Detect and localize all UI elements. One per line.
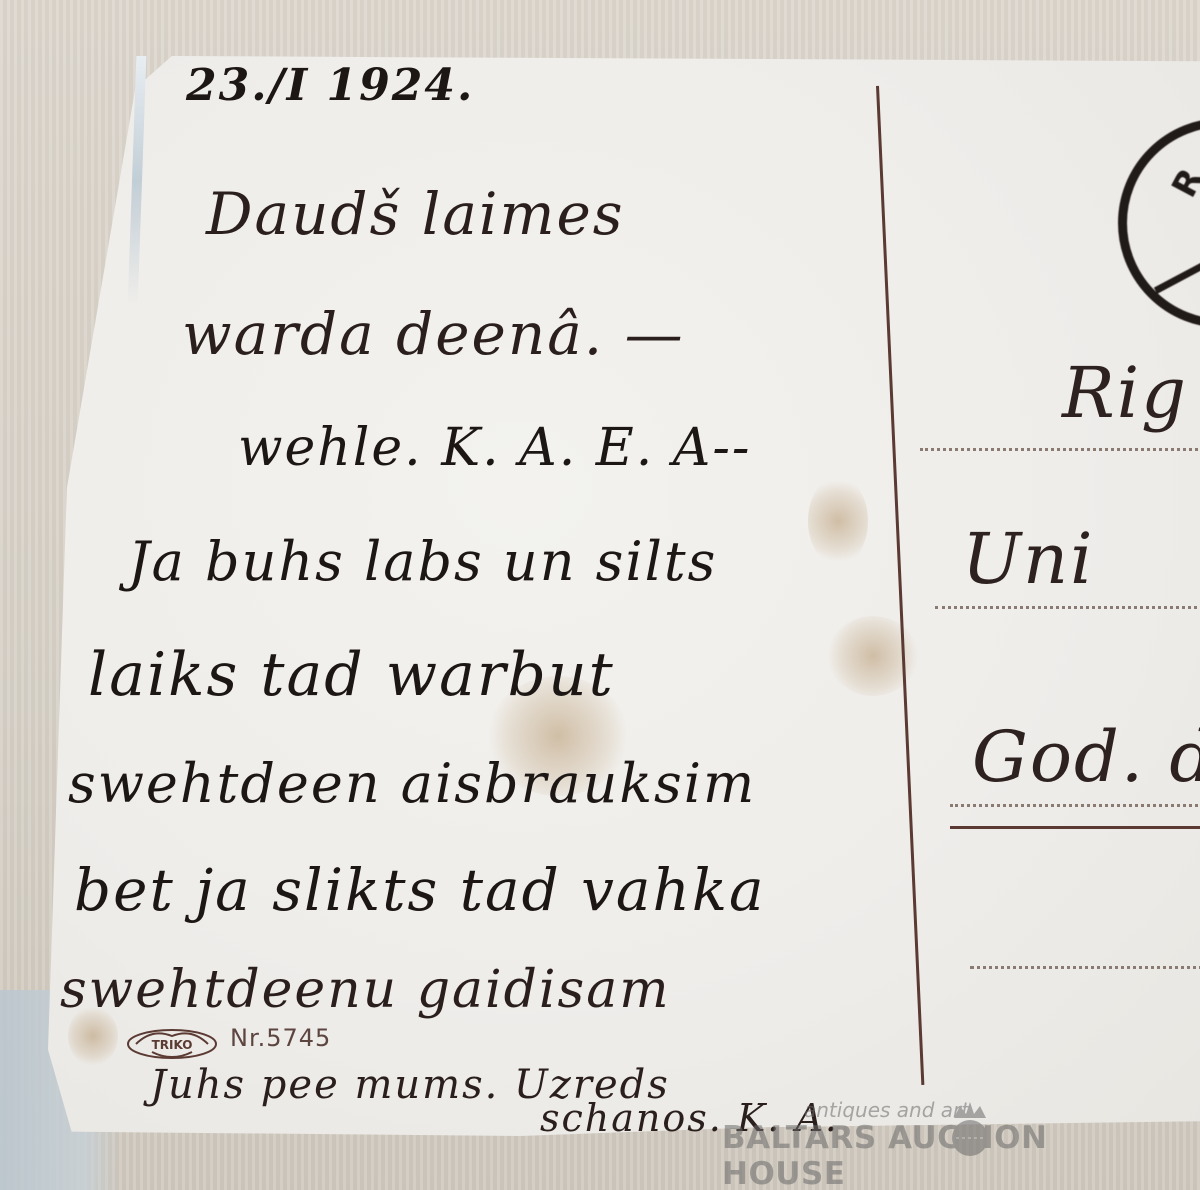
crown-globe-emblem-icon	[948, 1100, 992, 1158]
address-dotted-line	[970, 966, 1200, 969]
svg-text:TRIKO: TRIKO	[152, 1038, 193, 1052]
postmark-bar	[1154, 203, 1200, 294]
address-line-2: Uni	[962, 518, 1094, 600]
address-dotted-line	[935, 606, 1200, 609]
address-line-3: God. d	[972, 716, 1200, 798]
address-line-1: Rig	[1062, 352, 1188, 434]
watermark-name: BALTARS AUCTION HOUSE	[722, 1120, 1142, 1190]
message-line-2: warda deenâ. —	[182, 300, 685, 368]
message-line-3: wehle. K. A. E. A--	[238, 418, 751, 478]
address-underline	[950, 826, 1200, 829]
message-line-1: Daudš laimes	[206, 180, 625, 248]
address-dotted-line	[950, 804, 1200, 807]
publisher-monogram-logo: TRIKO	[122, 1022, 222, 1066]
stain	[808, 476, 868, 566]
message-line-4: Ja buhs labs un silts	[128, 530, 717, 593]
handwritten-date: 23./I 1924.	[186, 60, 474, 111]
watermark-tagline: antiques and art	[804, 1098, 969, 1122]
message-line-6: swehtdeen aisbrauksim	[68, 752, 756, 815]
publisher-card-number: Nr.5745	[230, 1024, 331, 1052]
message-line-7: bet ja slikts tad vahka	[74, 856, 766, 924]
message-line-5: laiks tad warbut	[88, 640, 615, 710]
auction-house-watermark: antiques and art BALTARS AUCTION HOUSE	[722, 1098, 1142, 1168]
postmark-text: R	[1164, 162, 1200, 204]
message-line-8: swehtdeenu gaidisam	[60, 960, 671, 1020]
address-dotted-line	[920, 448, 1200, 451]
